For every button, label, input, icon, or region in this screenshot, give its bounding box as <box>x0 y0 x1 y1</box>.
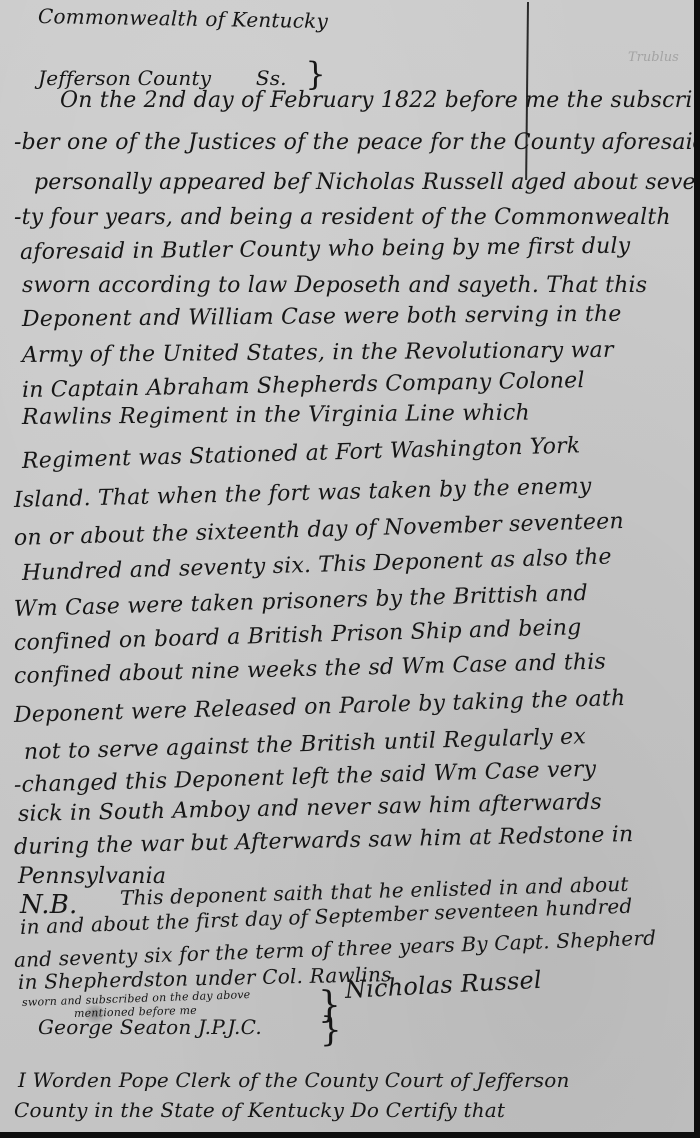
justice-bracket: } <box>320 1010 342 1050</box>
body-line-16: confined on board a British Prison Ship … <box>14 615 582 656</box>
body-line-22: during the war but Afterwards saw him at… <box>14 822 634 860</box>
body-line-18: Deponent were Released on Parole by taki… <box>14 686 626 728</box>
header-county-name: Jefferson County <box>38 66 211 90</box>
body-line-7: Deponent and William Case were both serv… <box>22 302 622 332</box>
body-line-10: Rawlins Regiment in the Virginia Line wh… <box>22 401 530 430</box>
body-line-5: aforesaid in Butler County who being by … <box>20 234 631 265</box>
body-line-9: in Captain Abraham Shepherds Company Col… <box>22 368 585 403</box>
justice-signature: George Seaton J.P.J.C. <box>38 1015 262 1039</box>
document-page: Trublus Commonwealth of Kentucky Jeffers… <box>0 0 694 1132</box>
body-line-8: Army of the United States, in the Revolu… <box>22 338 614 368</box>
body-line-12: Island. That when the fort was taken by … <box>14 474 592 513</box>
body-line-11: Regiment was Stationed at Fort Washingto… <box>22 433 581 474</box>
body-line-1: On the 2nd day of February 1822 before m… <box>60 88 693 113</box>
clerk-line-1: I Worden Pope Clerk of the County Court … <box>18 1068 570 1092</box>
body-line-3: personally appeared bef Nicholas Russell… <box>34 170 694 195</box>
body-line-17: confined about nine weeks the sd Wm Case… <box>14 650 607 689</box>
clerk-line-2: County in the State of Kentucky Do Certi… <box>14 1098 505 1122</box>
body-line-6: sworn according to law Deposeth and saye… <box>22 273 647 298</box>
header-commonwealth: Commonwealth of Kentucky <box>38 4 328 33</box>
body-line-4: -ty four years, and being a resident of … <box>14 205 671 230</box>
body-line-2: -ber one of the Justices of the peace fo… <box>14 130 694 155</box>
scan-border-bottom <box>0 1132 700 1138</box>
scan-border-right <box>694 0 700 1138</box>
body-line-15: Wm Case were taken prisoners by the Brit… <box>14 581 589 622</box>
body-line-13: on or about the sixteenth day of Novembe… <box>14 509 624 551</box>
margin-mark: Trublus <box>628 50 679 65</box>
header-ss: Ss. <box>256 66 287 90</box>
body-line-14: Hundred and seventy six. This Deponent a… <box>22 545 612 586</box>
